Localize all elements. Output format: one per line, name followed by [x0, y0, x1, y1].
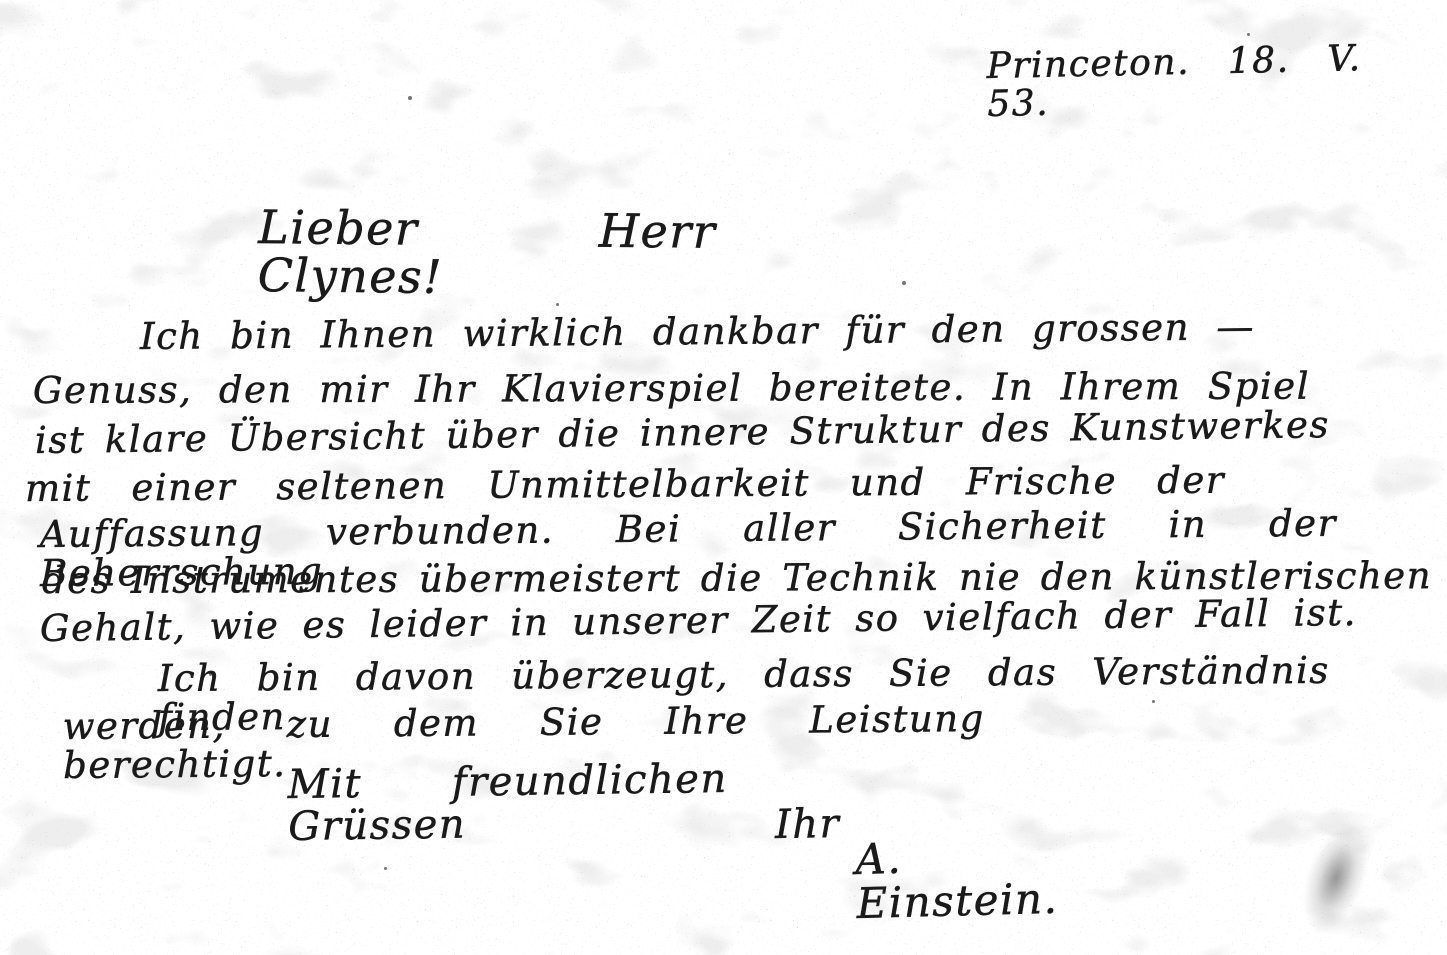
ink-speck [556, 303, 559, 306]
ink-speck [384, 867, 387, 870]
body-line-2: Genuss, den mir Ihr Klavierspiel bereite… [33, 368, 1310, 411]
signature: A. Einstein. [855, 832, 1097, 926]
body-line-1: Ich bin Ihnen wirklich dankbar für den g… [140, 308, 1255, 357]
body-line-3: ist klare Übersicht über die innere Stru… [35, 406, 1330, 461]
scan-smudge [1291, 816, 1382, 940]
ink-speck [902, 281, 906, 285]
ink-speck [1247, 33, 1250, 36]
dateline: Princeton. 18. V. 53. [986, 40, 1363, 123]
scanned-letter-page: Princeton. 18. V. 53. Lieber Herr Clynes… [0, 0, 1447, 955]
closing: Mit freundlichen Grüssen [287, 758, 728, 848]
salutation: Lieber Herr Clynes! [257, 203, 716, 304]
ink-speck [408, 96, 412, 100]
body-line-4: mit einer seltenen Unmittelbarkeit und F… [25, 462, 1225, 509]
signoff: Ihr [775, 803, 841, 846]
body-line-7: Gehalt, wie es leider in unserer Zeit so… [40, 594, 1357, 649]
